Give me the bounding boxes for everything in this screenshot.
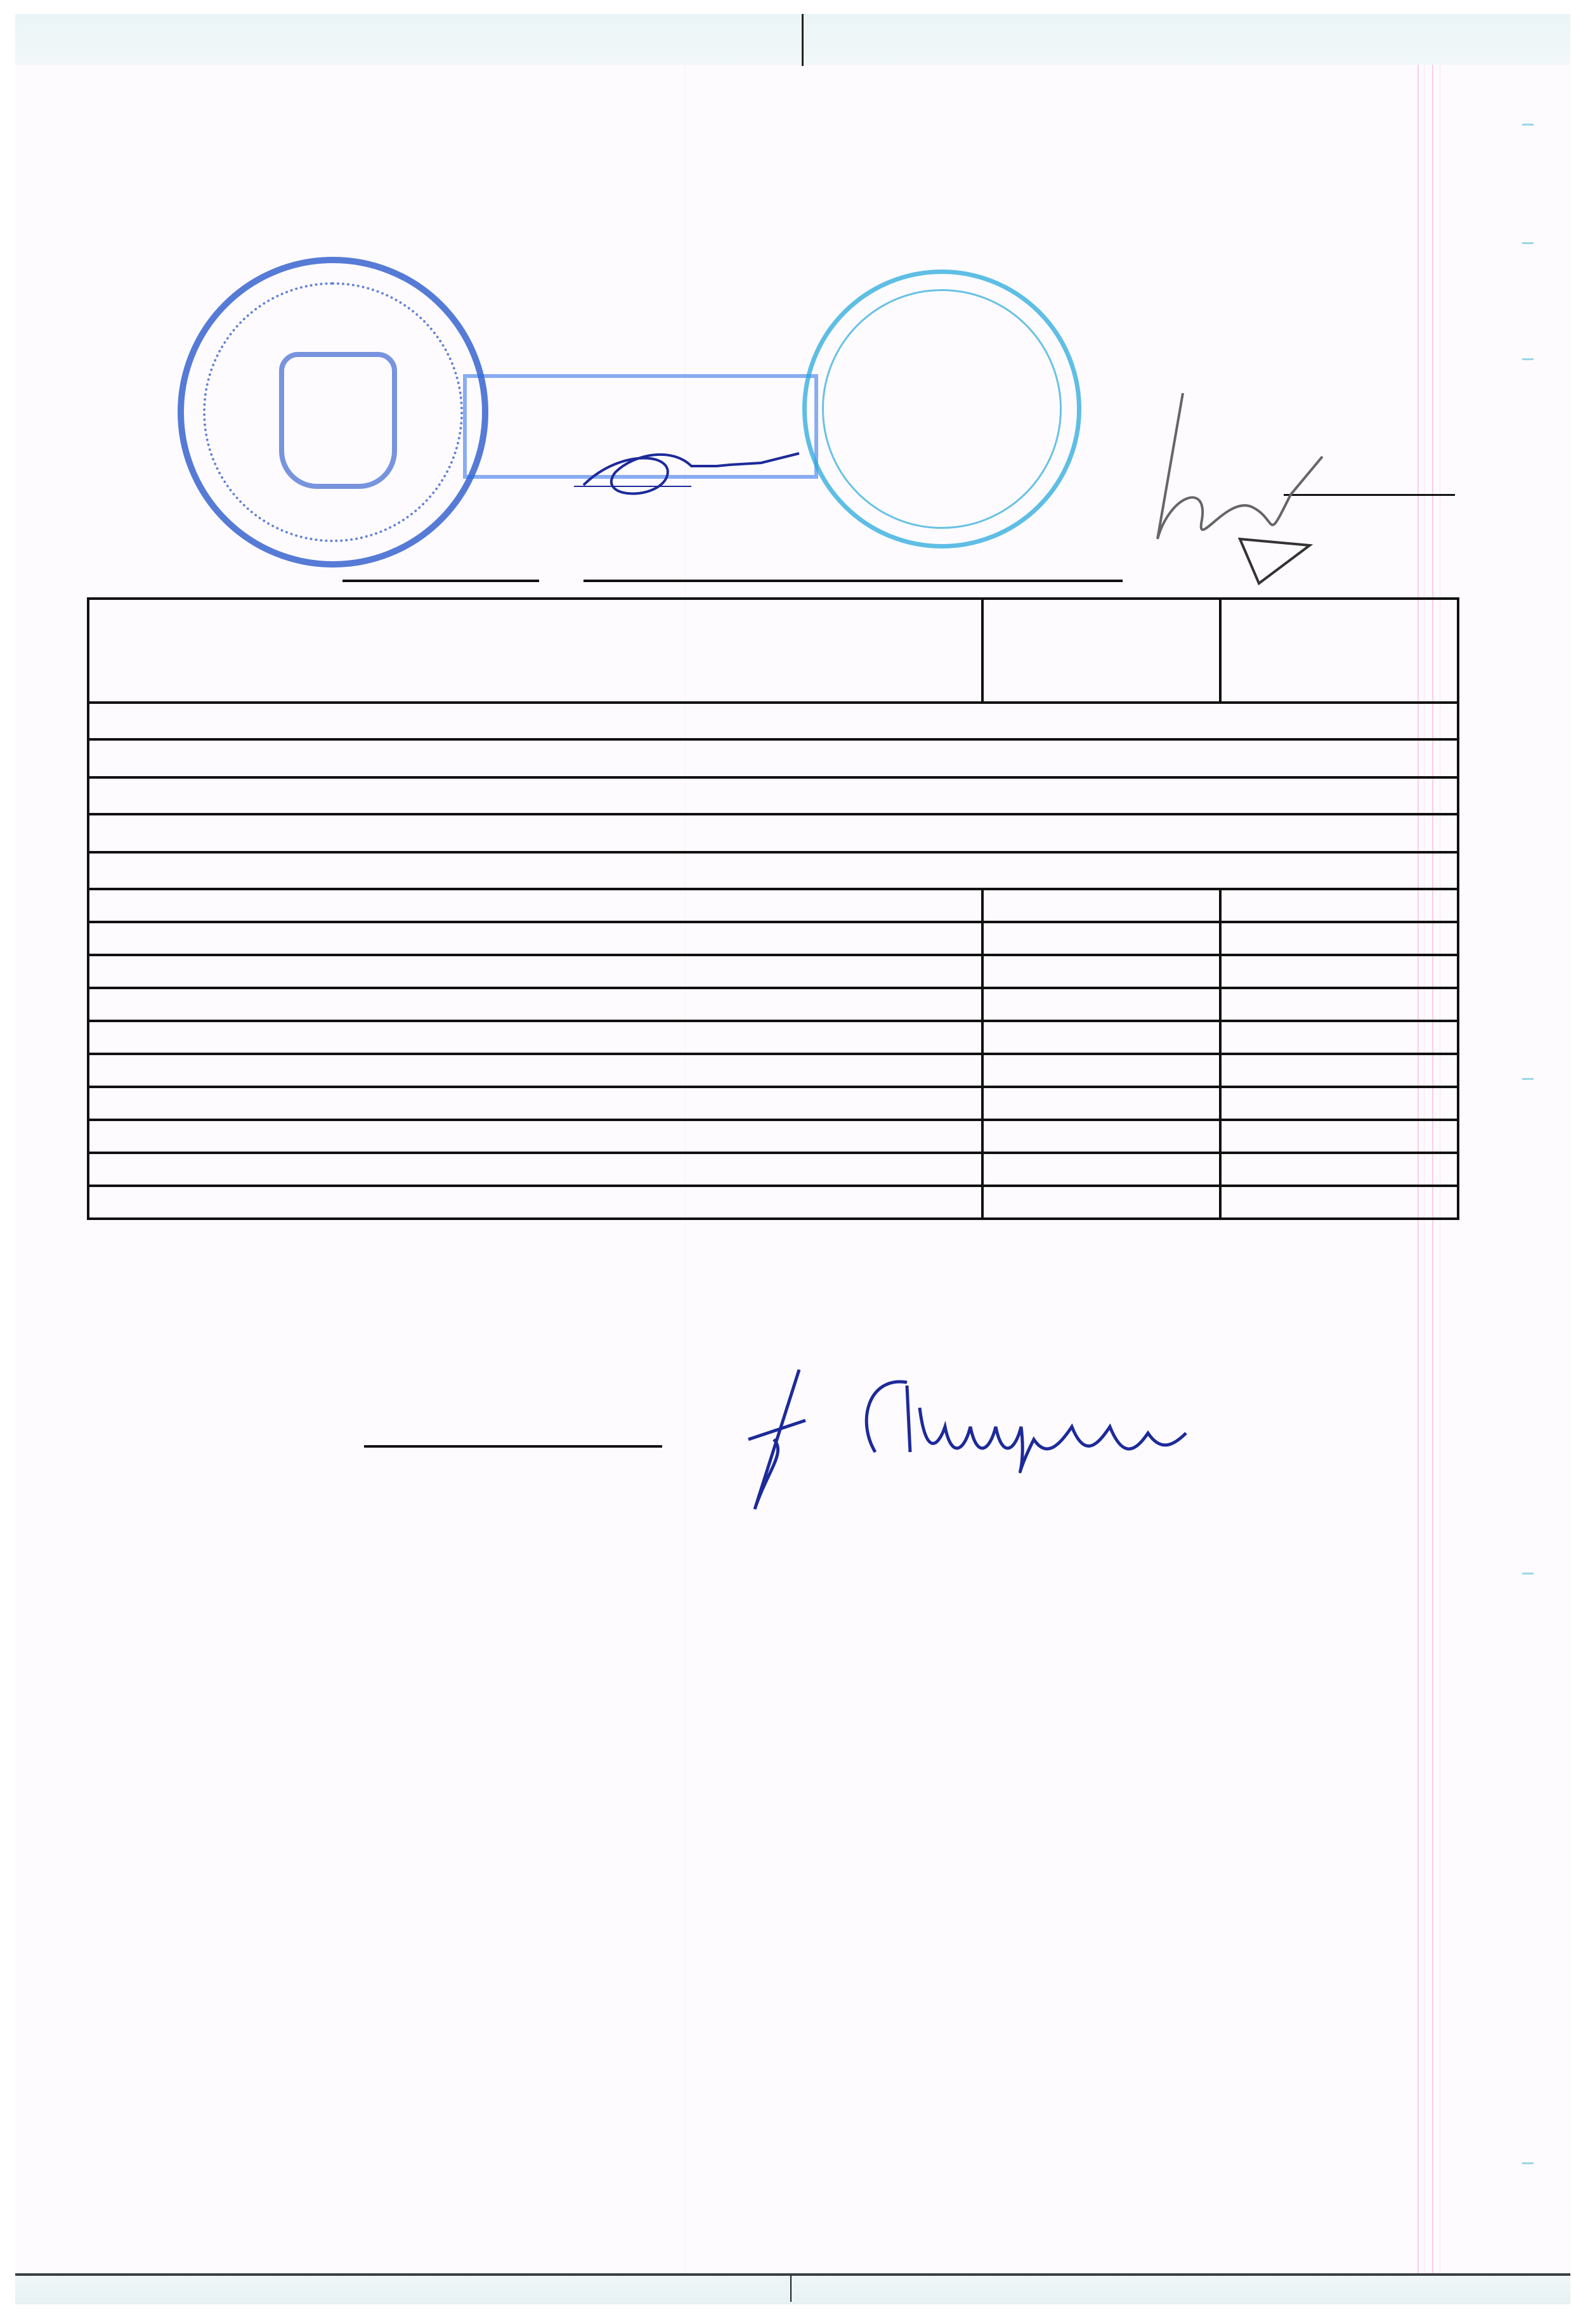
dish-energy — [1220, 955, 1458, 988]
meal-row — [88, 814, 1458, 852]
dish-energy — [1220, 1054, 1458, 1087]
total-label — [88, 1186, 982, 1219]
approved-company — [1002, 398, 1484, 458]
dish-yield — [982, 1021, 1220, 1054]
total-yield — [982, 1186, 1220, 1219]
date-month-line — [583, 552, 1123, 582]
meal-label — [88, 814, 1458, 852]
table-row — [88, 922, 1458, 955]
scan-edge-mark — [1522, 1078, 1534, 1080]
fold-mark-top — [802, 14, 804, 66]
scan-edge-mark — [1522, 124, 1534, 126]
scan-border-bottom — [15, 2273, 1570, 2304]
dish-name — [88, 1021, 982, 1054]
spacer-row — [88, 852, 1458, 889]
dish-energy — [1220, 1120, 1458, 1153]
fold-mark-bottom — [790, 2275, 792, 2302]
spacer-row — [88, 703, 1458, 739]
dish-energy — [1220, 922, 1458, 955]
approved-heading — [1002, 279, 1484, 339]
approved-signer-row — [1002, 458, 1484, 517]
signature-line — [364, 1417, 662, 1448]
table-row — [88, 1120, 1458, 1153]
dish-yield — [982, 955, 1220, 988]
approval-approved-block — [1002, 279, 1484, 517]
column-header-energy — [1220, 599, 1458, 703]
dish-name — [88, 1087, 982, 1120]
dish-name — [88, 955, 982, 988]
dish-yield — [982, 889, 1220, 922]
column-header-name — [88, 599, 982, 703]
scan-edge-mark — [1522, 2162, 1534, 2164]
dish-yield — [982, 1120, 1220, 1153]
day-label — [88, 739, 1458, 777]
table-row — [88, 1054, 1458, 1087]
dish-name — [88, 988, 982, 1021]
scan-edge-mark — [1522, 242, 1534, 244]
dish-name — [88, 1054, 982, 1087]
table-row — [88, 988, 1458, 1021]
dish-energy — [1220, 889, 1458, 922]
table-header-row — [88, 599, 1458, 703]
scan-border-top — [15, 14, 1570, 65]
dish-name — [88, 922, 982, 955]
day-row — [88, 739, 1458, 777]
table-row — [88, 1021, 1458, 1054]
column-header-yield — [982, 599, 1220, 703]
dish-name — [88, 1153, 982, 1186]
table-row — [88, 889, 1458, 922]
total-energy — [1220, 1186, 1458, 1219]
dish-energy — [1220, 1153, 1458, 1186]
school-round-stamp — [178, 257, 488, 568]
dish-yield — [982, 922, 1220, 955]
menu-table — [87, 597, 1459, 1220]
table-row — [88, 1087, 1458, 1120]
dish-yield — [982, 988, 1220, 1021]
dish-yield — [982, 1087, 1220, 1120]
dish-energy — [1220, 1087, 1458, 1120]
dish-yield — [982, 1153, 1220, 1186]
approved-position — [1002, 339, 1484, 398]
table-row — [88, 1153, 1458, 1186]
dish-name — [88, 889, 982, 922]
dish-energy — [1220, 1021, 1458, 1054]
date-day-line — [342, 552, 539, 582]
dish-name — [88, 1120, 982, 1153]
table-row — [88, 955, 1458, 988]
signature-line — [1284, 469, 1455, 496]
production-manager-sign — [360, 1417, 662, 1458]
dish-energy — [1220, 988, 1458, 1021]
total-row — [88, 1186, 1458, 1219]
scan-edge-mark — [1522, 1573, 1534, 1574]
spacer-row — [88, 777, 1458, 814]
approval-date — [330, 552, 1281, 590]
scan-edge-mark — [1522, 358, 1534, 360]
school-director-stamp — [463, 374, 818, 479]
dish-yield — [982, 1054, 1220, 1087]
